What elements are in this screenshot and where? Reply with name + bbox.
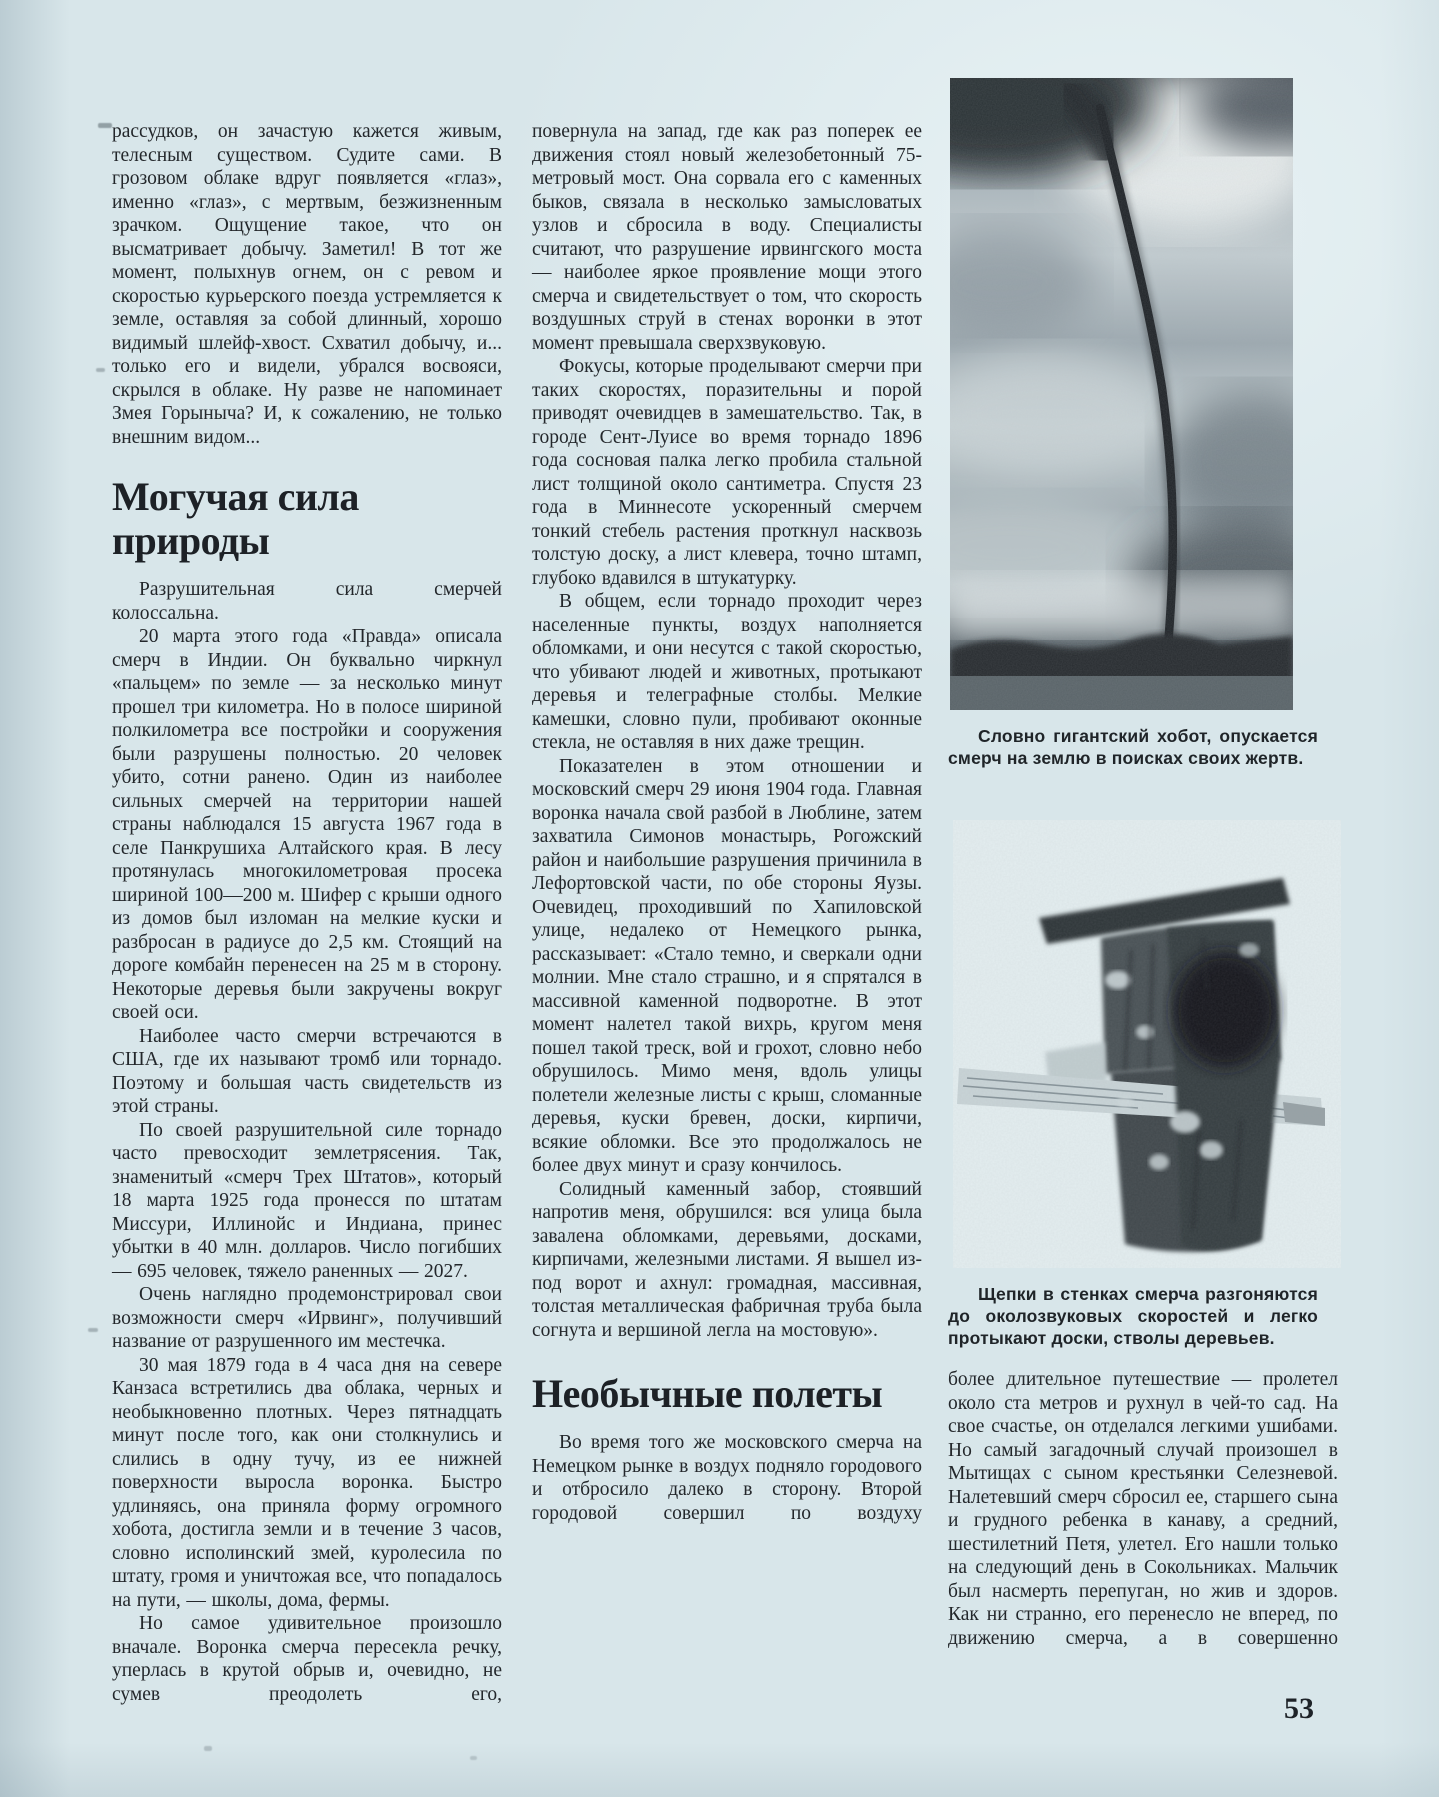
- scan-speck: [470, 1756, 477, 1760]
- paragraph: повернула на запад, где как раз поперек …: [532, 120, 922, 355]
- page-number: 53: [1248, 1692, 1314, 1726]
- paragraph: Очень наглядно продемонстрировал свои во…: [112, 1283, 502, 1354]
- section-heading: Необычные полеты: [532, 1372, 922, 1416]
- text-column-2: повернула на запад, где как раз поперек …: [532, 120, 922, 1525]
- text-column-1: рассудков, он зачастую кажется живым, те…: [112, 120, 502, 1706]
- paragraph: Но самое удивительное произошло вначале.…: [112, 1612, 502, 1706]
- paragraph: Показателен в этом отношении и московски…: [532, 755, 922, 1178]
- paragraph: 30 мая 1879 года в 4 часа дня на севере …: [112, 1354, 502, 1613]
- magazine-page: рассудков, он зачастую кажется живым, те…: [0, 0, 1439, 1797]
- paragraph: По своей разрушительной силе торнадо час…: [112, 1119, 502, 1284]
- text-column-3: более длительное путешествие — пролетел …: [948, 1368, 1338, 1650]
- stump-photo: [953, 820, 1341, 1268]
- paragraph: Во время того же московского смерча на Н…: [532, 1431, 922, 1525]
- paragraph: В общем, если торнадо проходит через нас…: [532, 590, 922, 755]
- paragraph: Солидный каменный забор, стоявший напрот…: [532, 1178, 922, 1343]
- paragraph: Разрушительная сила смерчей колоссальна.: [112, 578, 502, 625]
- section-heading: Могучая сила природы: [112, 475, 502, 563]
- tornado-photo-caption: Словно гигантский хобот, опускается смер…: [948, 726, 1318, 770]
- paragraph: рассудков, он зачастую кажется живым, те…: [112, 120, 502, 449]
- scan-speck: [204, 1746, 212, 1751]
- stump-photo-caption: Щепки в стенках смерча разгоняются до ок…: [948, 1284, 1318, 1349]
- scan-speck: [96, 368, 105, 372]
- scan-speck: [88, 1328, 98, 1332]
- paragraph: Наиболее часто смерчи встречаются в США,…: [112, 1025, 502, 1119]
- paragraph: 20 марта этого года «Правда» описала сме…: [112, 625, 502, 1025]
- scan-speck: [98, 123, 112, 128]
- paragraph: более длительное путешествие — пролетел …: [948, 1368, 1338, 1650]
- paragraph: Фокусы, которые проделывают смерчи при т…: [532, 355, 922, 590]
- tornado-photo: [950, 78, 1293, 710]
